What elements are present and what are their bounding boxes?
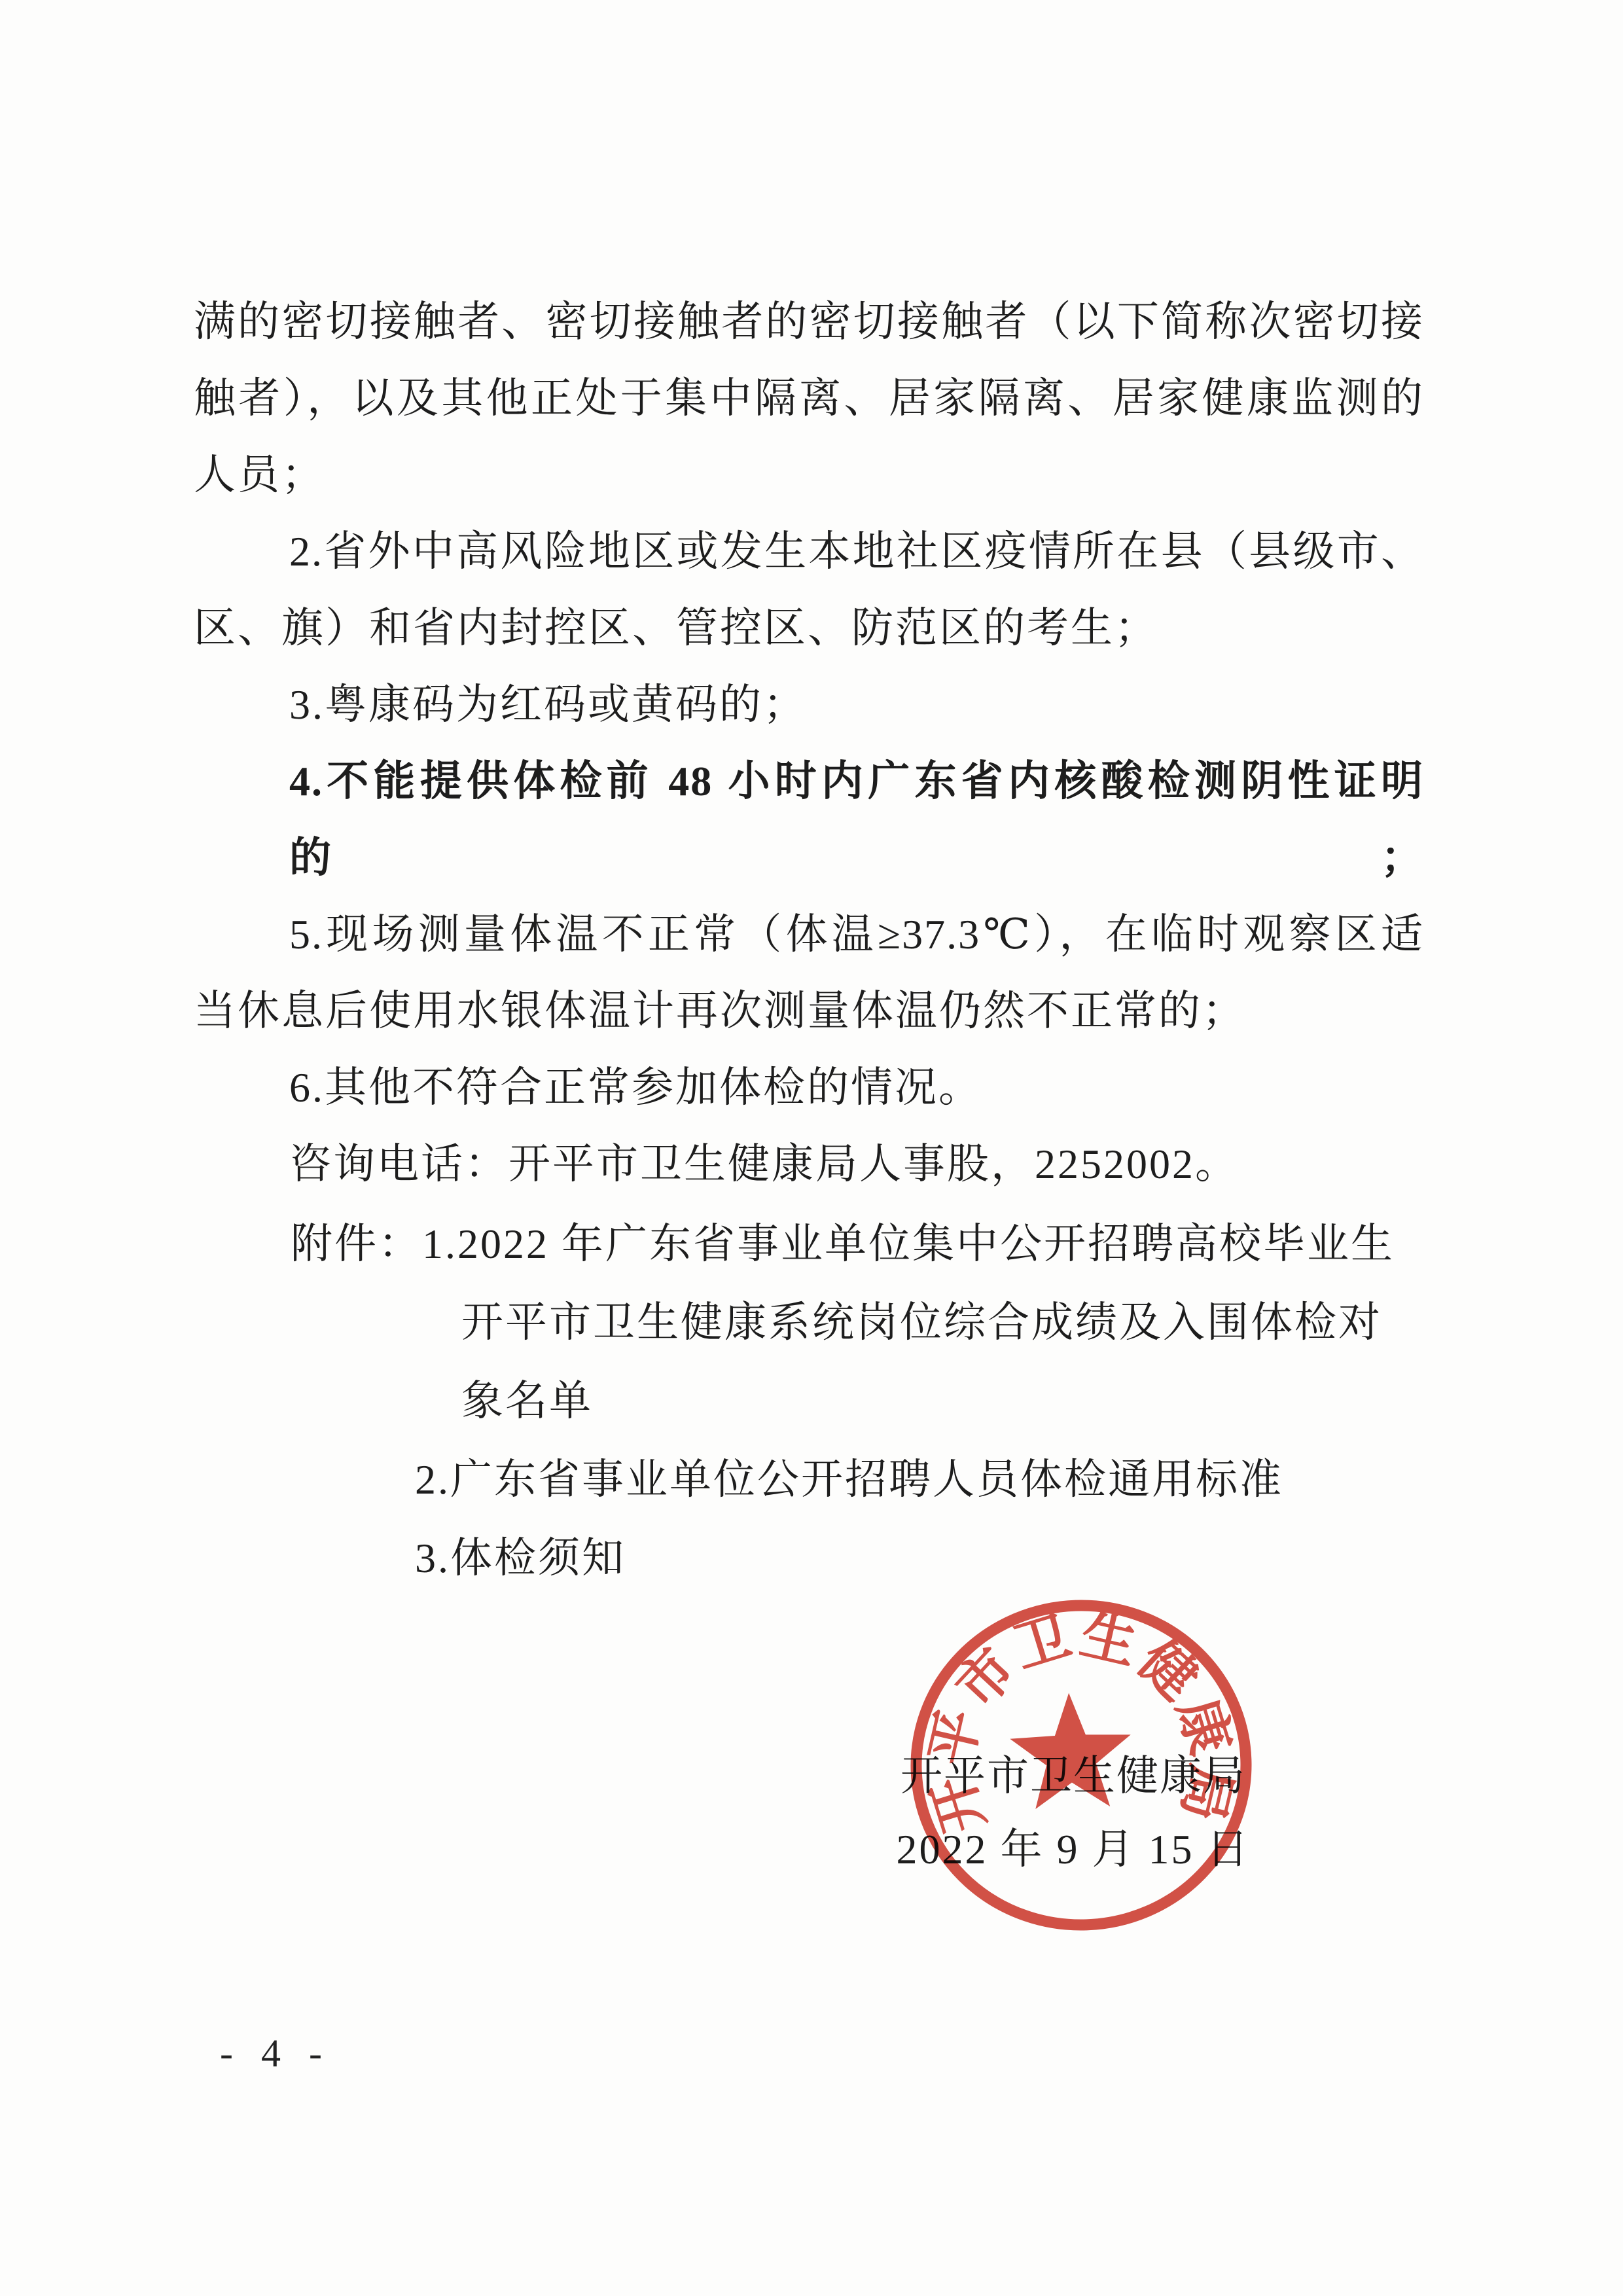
seal-arc-text: 开平市卫生健康局: [915, 1599, 1243, 1840]
attachment-line: 开平市卫生健康系统岗位综合成绩及入围体检对: [194, 1283, 1437, 1362]
body-line: 当休息后使用水银体温计再次测量体温仍然不正常的；: [194, 973, 1424, 1049]
body-line: 触者），以及其他正处于集中隔离、居家隔离、居家健康监测的: [194, 360, 1424, 437]
attachment-line: 附件：1.2022 年广东省事业单位集中公开招聘高校毕业生: [194, 1205, 1437, 1283]
attachments-block: 附件：1.2022 年广东省事业单位集中公开招聘高校毕业生 开平市卫生健康系统岗…: [194, 1205, 1437, 1598]
attachment-line: 3.体检须知: [194, 1519, 1437, 1598]
body-line: 满的密切接触者、密切接触者的密切接触者（以下简称次密切接: [194, 283, 1424, 360]
attachment-line: 2.广东省事业单位公开招聘人员体检通用标准: [194, 1441, 1437, 1519]
official-seal: 开平市卫生健康局: [899, 1588, 1264, 1943]
body-line: 6.其他不符合正常参加体检的情况。: [194, 1049, 1424, 1126]
body-line-emphasized: 4.不能提供体检前 48 小时内广东省内核酸检测阴性证明的；: [194, 743, 1424, 896]
seal-star: [1008, 1691, 1133, 1810]
document-body: 满的密切接触者、密切接触者的密切接触者（以下简称次密切接 触者），以及其他正处于…: [194, 283, 1424, 1202]
body-line: 2.省外中高风险地区或发生本地社区疫情所在县（县级市、: [194, 513, 1424, 590]
body-line: 3.粤康码为红码或黄码的；: [194, 666, 1424, 743]
body-line: 5.现场测量体温不正常（体温≥37.3℃），在临时观察区适: [194, 896, 1424, 973]
svg-text:开平市卫生健康局: 开平市卫生健康局: [915, 1599, 1243, 1840]
document-page: 满的密切接触者、密切接触者的密切接触者（以下简称次密切接 触者），以及其他正处于…: [0, 0, 1623, 2296]
attachment-line: 象名单: [194, 1362, 1437, 1441]
page-number: - 4 -: [220, 2031, 331, 2076]
contact-phone-line: 咨询电话：开平市卫生健康局人事股，2252002。: [194, 1126, 1424, 1202]
body-line: 人员；: [194, 437, 1424, 513]
body-line: 区、旗）和省内封控区、管控区、防范区的考生；: [194, 590, 1424, 666]
